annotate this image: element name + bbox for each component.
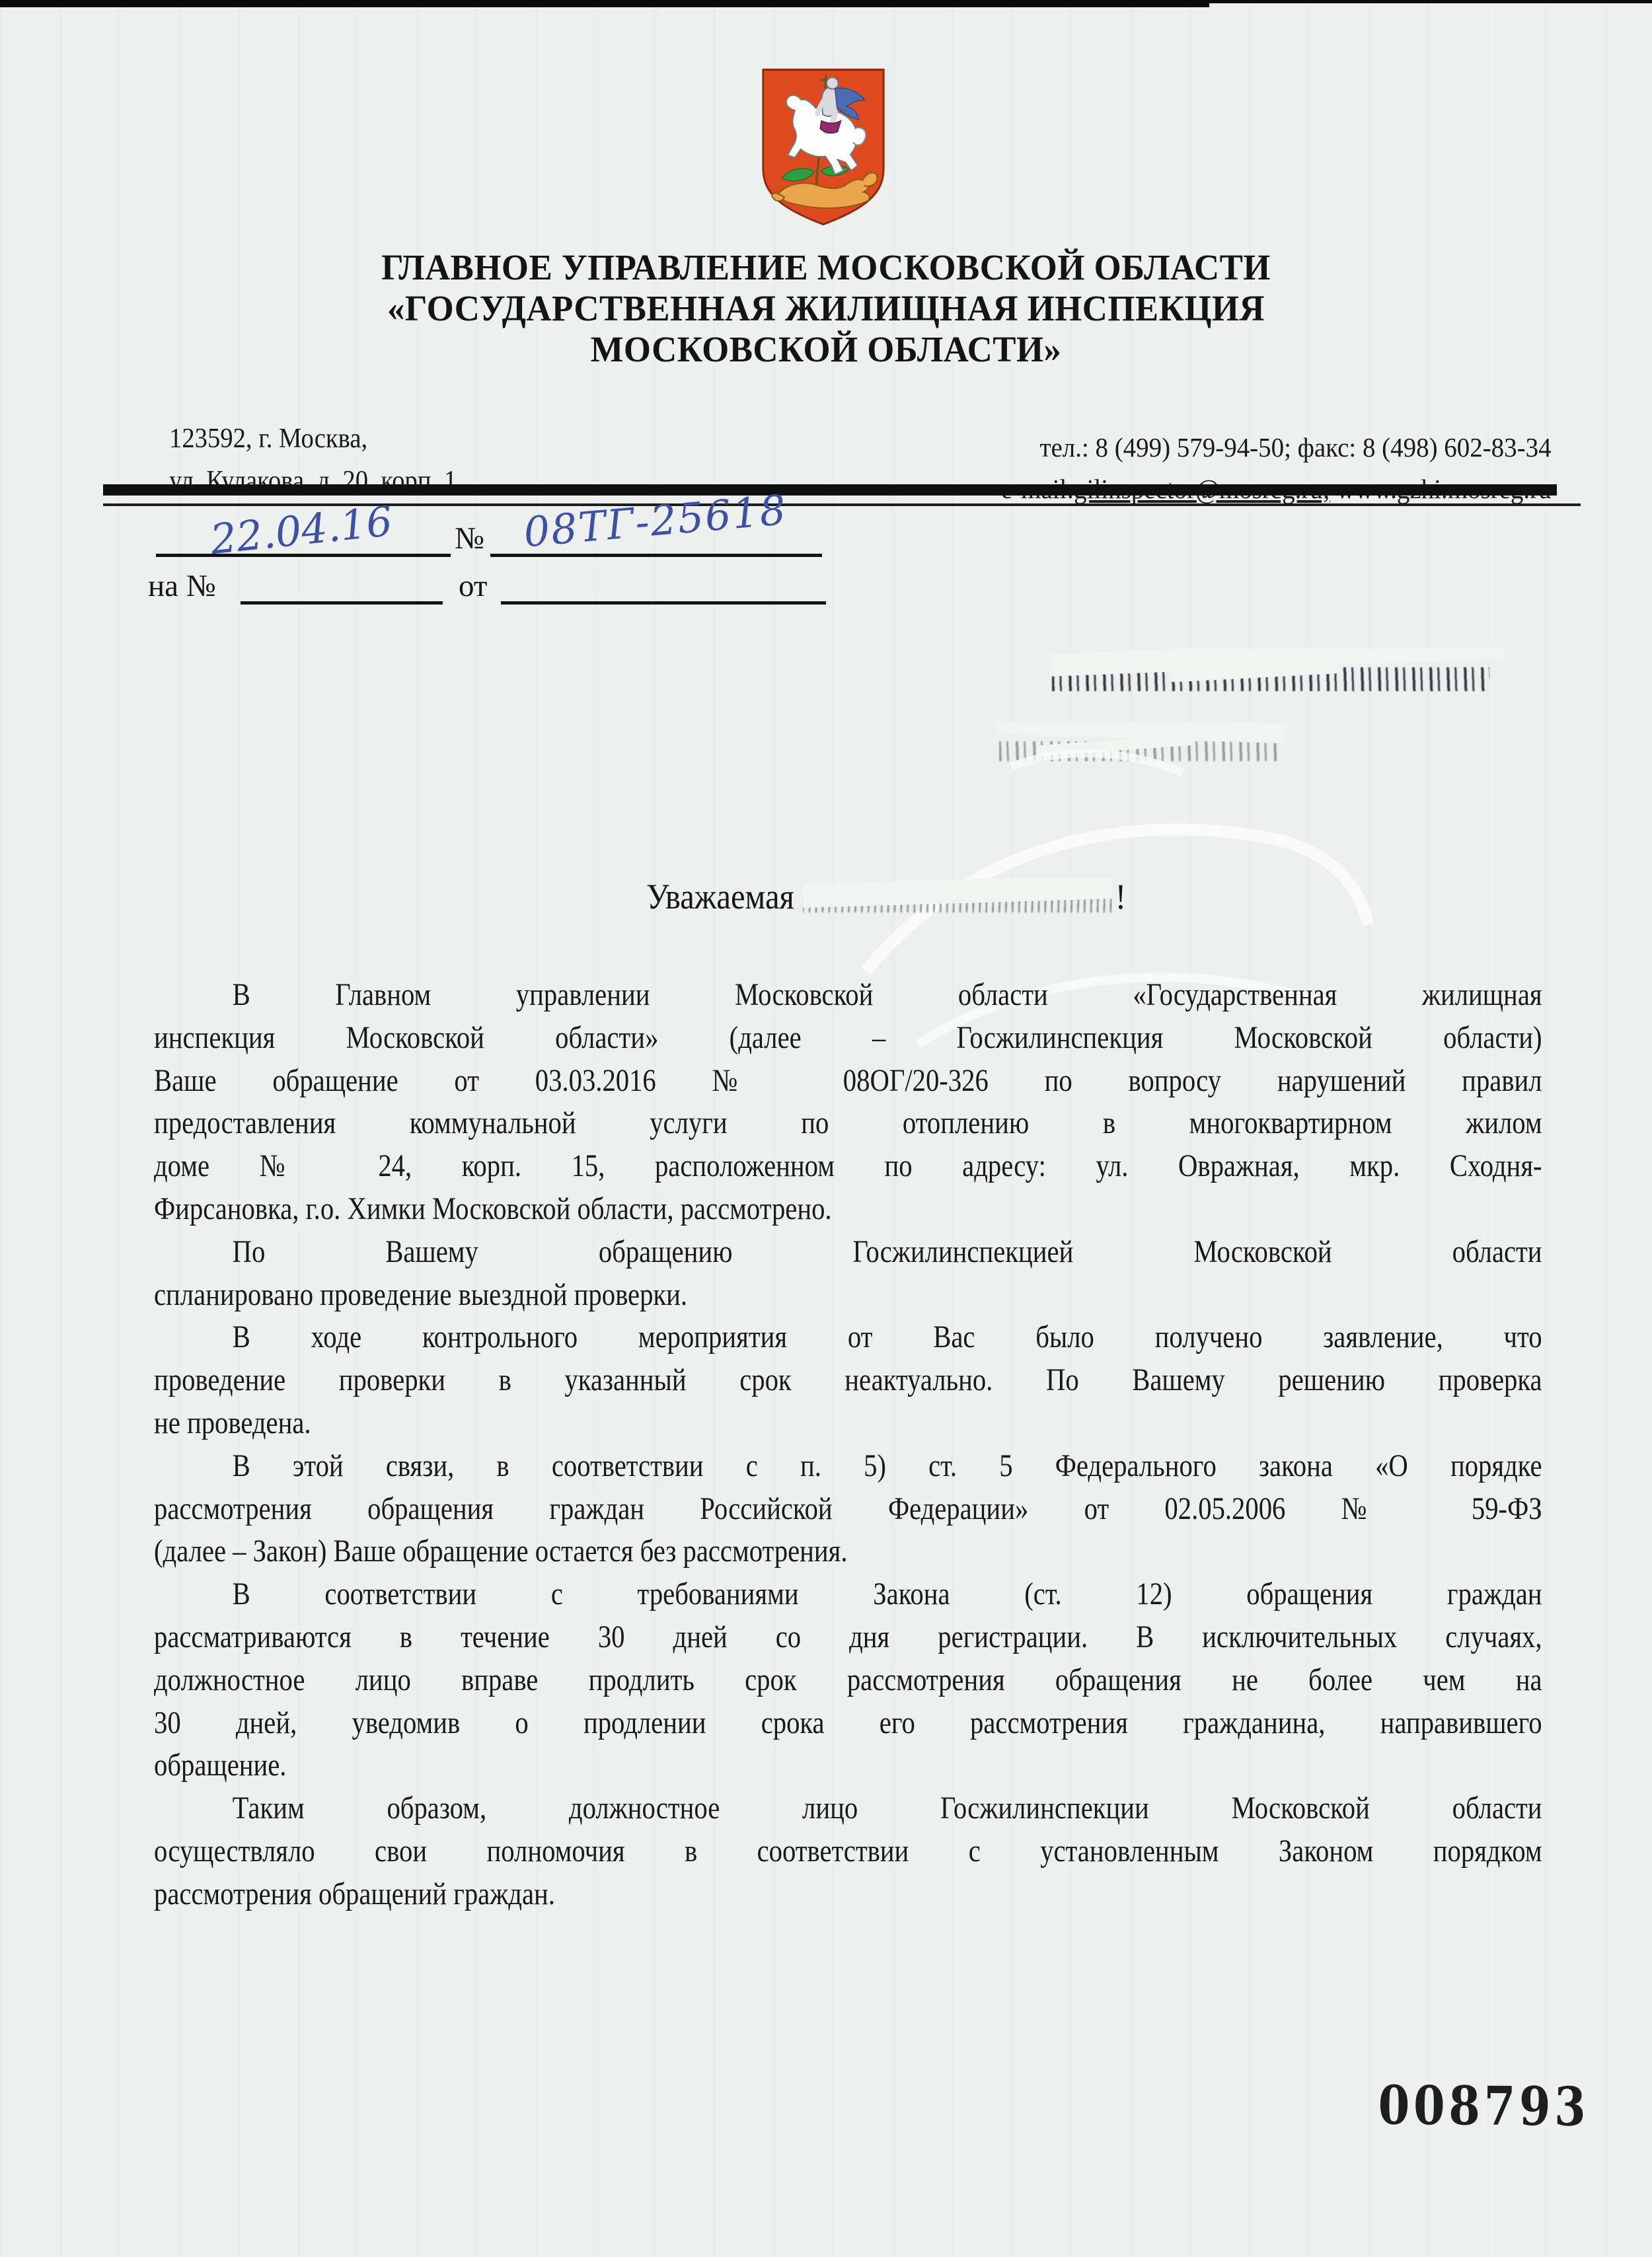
scanned-letter-page: ГЛАВНОЕ УПРАВЛЕНИЕ МОСКОВСКОЙ ОБЛАСТИ «Г… xyxy=(0,0,1652,2257)
reply-date-underline xyxy=(501,601,826,605)
stamp-number: 008793 xyxy=(1378,2073,1589,2138)
body-line: осуществляло свои полномочия в соответст… xyxy=(154,1830,1542,1873)
body-line: В ходе контрольного мероприятия от Вас б… xyxy=(154,1316,1542,1359)
body-line: спланировано проведение выездной проверк… xyxy=(154,1274,1542,1317)
body-line: Фирсановка, г.о. Химки Московской област… xyxy=(154,1188,1542,1231)
redacted-recipient-line2 xyxy=(996,721,1287,768)
body-line: обращение. xyxy=(154,1744,1542,1787)
body-line: По Вашему обращению Госжилинспекцией Мос… xyxy=(154,1231,1542,1274)
redacted-recipient-line1 xyxy=(1049,649,1505,698)
body-line: Таким образом, должностное лицо Госжилин… xyxy=(154,1787,1542,1830)
org-name: ГЛАВНОЕ УПРАВЛЕНИЕ МОСКОВСКОЙ ОБЛАСТИ «Г… xyxy=(33,247,1619,370)
body-line: проведение проверки в указанный срок неа… xyxy=(154,1359,1542,1402)
salutation-line: Уважаемая! xyxy=(646,876,1126,917)
number-sign: № xyxy=(455,521,484,556)
reply-date-label: от xyxy=(459,568,487,604)
handwritten-outgoing-number: 08ТГ-25618 xyxy=(522,486,789,557)
reply-number-underline xyxy=(241,601,443,605)
body-line: (далее – Закон) Ваше обращение остается … xyxy=(154,1530,1542,1573)
body-line: предоставления коммунальной услуги по от… xyxy=(154,1102,1542,1145)
body-line: рассмотрения обращений граждан. xyxy=(154,1873,1542,1916)
address-line2: ул. Кулакова, д. 20, корп. 1 xyxy=(169,460,457,502)
phone-fax-line: тел.: 8 (499) 579-94-50; факс: 8 (498) 6… xyxy=(1001,427,1552,468)
scan-artifact-top-right xyxy=(1123,0,1652,3)
body-line: Ваше обращение от 03.03.2016 № 08ОГ/20-3… xyxy=(154,1060,1542,1103)
body-line: не проведена. xyxy=(154,1402,1542,1445)
body-line: инспекция Московской области» (далее – Г… xyxy=(154,1017,1542,1060)
redacted-recipient-name xyxy=(802,878,1111,916)
org-name-line2: «ГОСУДАРСТВЕННАЯ ЖИЛИЩНАЯ ИНСПЕКЦИЯ xyxy=(33,288,1619,329)
body-line: В соответствии с требованиями Закона (ст… xyxy=(154,1573,1542,1616)
reply-to-number-label: на № xyxy=(148,568,216,604)
body-line: должностное лицо вправе продлить срок ра… xyxy=(154,1659,1542,1702)
scan-artifact-top-left xyxy=(0,0,1209,7)
body-line: В этой связи, в соответствии с п. 5) ст.… xyxy=(154,1445,1542,1488)
number-underline xyxy=(490,554,822,557)
body-line: 30 дней, уведомив о продлении срока его … xyxy=(154,1702,1542,1745)
body-line: рассмотрения обращения граждан Российско… xyxy=(154,1488,1542,1531)
body-line: доме № 24, корп. 15, расположенном по ад… xyxy=(154,1145,1542,1188)
salutation-exclamation: ! xyxy=(1115,877,1126,916)
org-name-line1: ГЛАВНОЕ УПРАВЛЕНИЕ МОСКОВСКОЙ ОБЛАСТИ xyxy=(33,247,1619,288)
body-line: рассматриваются в течение 30 дней со дня… xyxy=(154,1616,1542,1659)
body-line: В Главном управлении Московской области … xyxy=(154,974,1542,1017)
divider-thick xyxy=(103,484,1557,496)
coat-of-arms-moscow-oblast-icon xyxy=(759,66,888,229)
org-contacts: тел.: 8 (499) 579-94-50; факс: 8 (498) 6… xyxy=(1001,427,1552,510)
date-underline xyxy=(156,554,451,557)
org-name-line3: МОСКОВСКОЙ ОБЛАСТИ» xyxy=(33,329,1619,370)
salutation-prefix: Уважаемая xyxy=(646,877,794,916)
letter-body: В Главном управлении Московской области … xyxy=(154,974,1542,1916)
address-line1: 123592, г. Москва, xyxy=(169,418,457,460)
